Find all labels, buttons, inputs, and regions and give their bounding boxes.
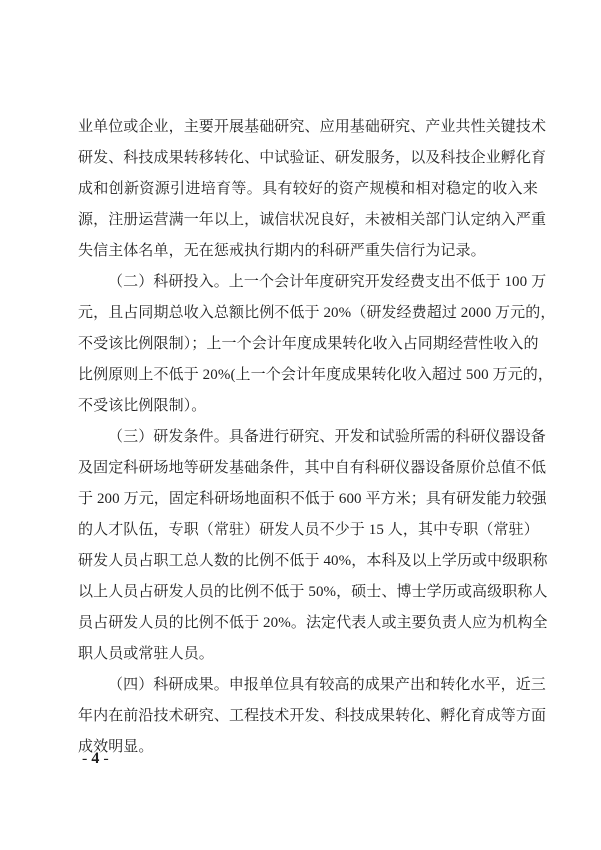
text-line: 源，注册运营满一年以上，诚信状况良好，未被相关部门认定纳入严重 <box>78 205 538 236</box>
text-line: 的人才队伍，专职（常驻）研发人员不少于 15 人，其中专职（常驻） <box>78 515 538 546</box>
page-number-value: 4 <box>88 750 103 767</box>
page-number: -4- <box>82 748 110 770</box>
paragraph-1-continuation: 业单位或企业，主要开展基础研究、应用基础研究、产业共性关键技术 研发、科技成果转… <box>78 112 538 267</box>
page-number-suffix: - <box>103 750 109 767</box>
text-line: 研发人员占职工总人数的比例不低于 40%，本科及以上学历或中级职称 <box>78 546 538 577</box>
text-line: 于 200 万元，固定科研场地面积不低于 600 平方米；具有研发能力较强 <box>78 484 538 515</box>
text-line: 年内在前沿技术研究、工程技术开发、科技成果转化、孵化育成等方面 <box>78 701 538 732</box>
paragraph-4-research-results: （四）科研成果。申报单位具有较高的成果产出和转化水平，近三 年内在前沿技术研究、… <box>78 670 538 763</box>
document-body: 业单位或企业，主要开展基础研究、应用基础研究、产业共性关键技术 研发、科技成果转… <box>78 112 538 763</box>
text-line: 研发、科技成果转移转化、中试验证、研发服务，以及科技企业孵化育 <box>78 143 538 174</box>
text-line: 成和创新资源引进培育等。具有较好的资产规模和相对稳定的收入来 <box>78 174 538 205</box>
document-page: 业单位或企业，主要开展基础研究、应用基础研究、产业共性关键技术 研发、科技成果转… <box>0 0 601 850</box>
text-line: 职人员或常驻人员。 <box>78 639 538 670</box>
text-line: 以上人员占研发人员的比例不低于 50%，硕士、博士学历或高级职称人 <box>78 577 538 608</box>
text-line: 成效明显。 <box>78 732 538 763</box>
text-line: 元，且占同期总收入总额比例不低于 20%（研发经费超过 2000 万元的， <box>78 298 538 329</box>
text-line: （三）研发条件。具备进行研究、开发和试验所需的科研仪器设备 <box>78 422 538 453</box>
text-line: 员占研发人员的比例不低于 20%。法定代表人或主要负责人应为机构全 <box>78 608 538 639</box>
text-line: （二）科研投入。上一个会计年度研究开发经费支出不低于 100 万 <box>78 267 538 298</box>
text-line: 不受该比例限制）；上一个会计年度成果转化收入占同期经营性收入的 <box>78 329 538 360</box>
text-line: （四）科研成果。申报单位具有较高的成果产出和转化水平，近三 <box>78 670 538 701</box>
text-line: 比例原则上不低于 20%(上一个会计年度成果转化收入超过 500 万元的， <box>78 360 538 391</box>
paragraph-2-research-investment: （二）科研投入。上一个会计年度研究开发经费支出不低于 100 万 元，且占同期总… <box>78 267 538 422</box>
text-line: 失信主体名单，无在惩戒执行期内的科研严重失信行为记录。 <box>78 236 538 267</box>
text-line: 不受该比例限制）。 <box>78 391 538 422</box>
paragraph-3-rd-conditions: （三）研发条件。具备进行研究、开发和试验所需的科研仪器设备 及固定科研场地等研发… <box>78 422 538 670</box>
text-line: 及固定科研场地等研发基础条件，其中自有科研仪器设备原价总值不低 <box>78 453 538 484</box>
text-line: 业单位或企业，主要开展基础研究、应用基础研究、产业共性关键技术 <box>78 112 538 143</box>
